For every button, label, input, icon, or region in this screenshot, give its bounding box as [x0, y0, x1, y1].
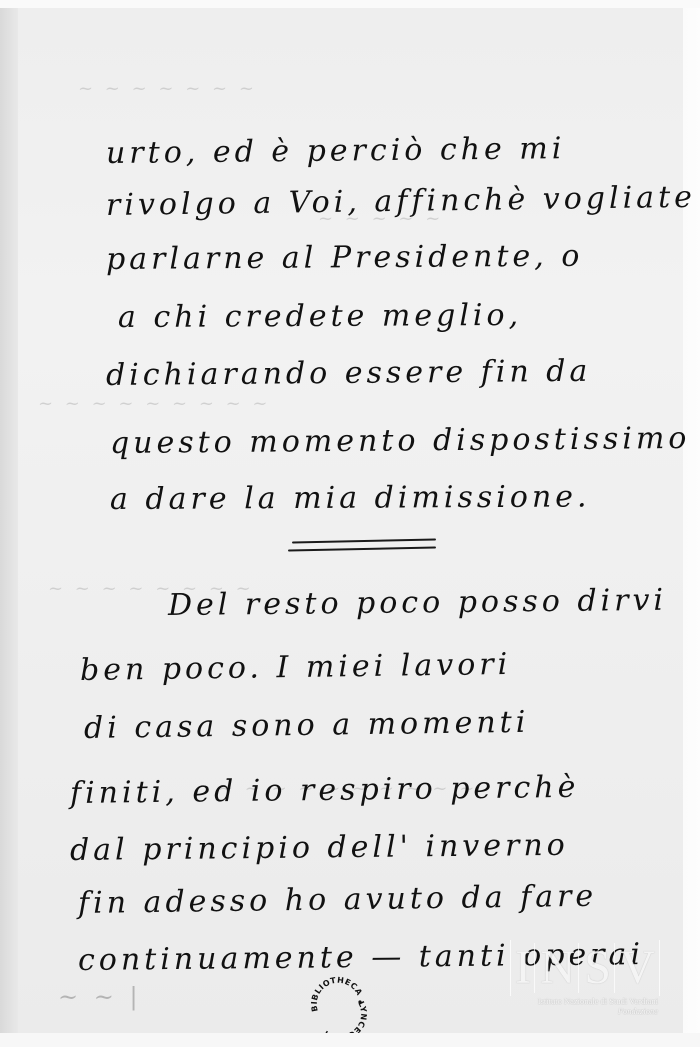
- letter-line: a chi credete meglio,: [118, 298, 522, 335]
- letter-line: di casa sono a momenti: [84, 705, 530, 746]
- svg-text:LYNCEORUM: LYNCEORUM: [322, 1000, 368, 1037]
- svg-text:BIBLIOTHECA: BIBLIOTHECA: [310, 976, 364, 1013]
- letter-line: questo momento dispostissimo: [110, 421, 691, 461]
- letter-line: a dare la mia dimissione.: [110, 479, 591, 517]
- watermark-letter: S: [581, 943, 615, 993]
- bleed-through-text: ~ ~ ~ ~ ~ ~ ~: [78, 78, 257, 99]
- watermark-letter: N: [537, 943, 579, 993]
- letter-line: parlarne al Presidente, o: [106, 239, 584, 277]
- letter-line: fin adesso ho avuto da fare: [78, 879, 598, 921]
- watermark-monogram: I N S V: [510, 940, 660, 996]
- letter-line: finiti, ed io respiro perchè: [70, 770, 580, 811]
- watermark-letter: V: [617, 943, 658, 993]
- separator-rule-top: [292, 538, 436, 543]
- watermark-letter: I: [512, 943, 535, 993]
- letter-line: urto, ed è perciò che mi: [106, 131, 566, 171]
- paper-sheet: ~ ~ ~ ~ ~ ~ ~ ~ ~ ~ ~ ~ ~ ~ ~ ~ ~ ~ ~ ~ …: [18, 8, 683, 1033]
- watermark-institution-name: Istituto Nazionale di Studi Verdiani: [510, 996, 660, 1006]
- watermark-subtitle: Fondazione: [510, 1006, 660, 1016]
- letter-line: dal principio dell' inverno: [70, 828, 569, 868]
- separator-rule-bottom: [288, 546, 436, 551]
- letter-line: dichiarando essere fin da: [106, 354, 592, 393]
- letter-line: ben poco. I miei lavori: [80, 647, 512, 688]
- institution-watermark: I N S V Istituto Nazionale di Studi Verd…: [510, 940, 660, 1020]
- letter-line: Del resto poco posso dirvi: [168, 583, 667, 623]
- faint-pencil-mark: ~ ~ |: [58, 983, 142, 1011]
- stamp-text-top: BIBLIOTHECA: [310, 976, 364, 1013]
- bleed-through-text: ~ ~ ~ ~ ~ ~ ~ ~ ~: [38, 393, 271, 414]
- scanned-page: ~ ~ ~ ~ ~ ~ ~ ~ ~ ~ ~ ~ ~ ~ ~ ~ ~ ~ ~ ~ …: [0, 0, 700, 1047]
- letter-line: rivolgo a Voi, affinchè vogliate: [106, 180, 696, 223]
- library-stamp-icon: BIBLIOTHECA LYNCEORUM: [308, 975, 370, 1037]
- stamp-text-bottom: LYNCEORUM: [322, 1000, 368, 1037]
